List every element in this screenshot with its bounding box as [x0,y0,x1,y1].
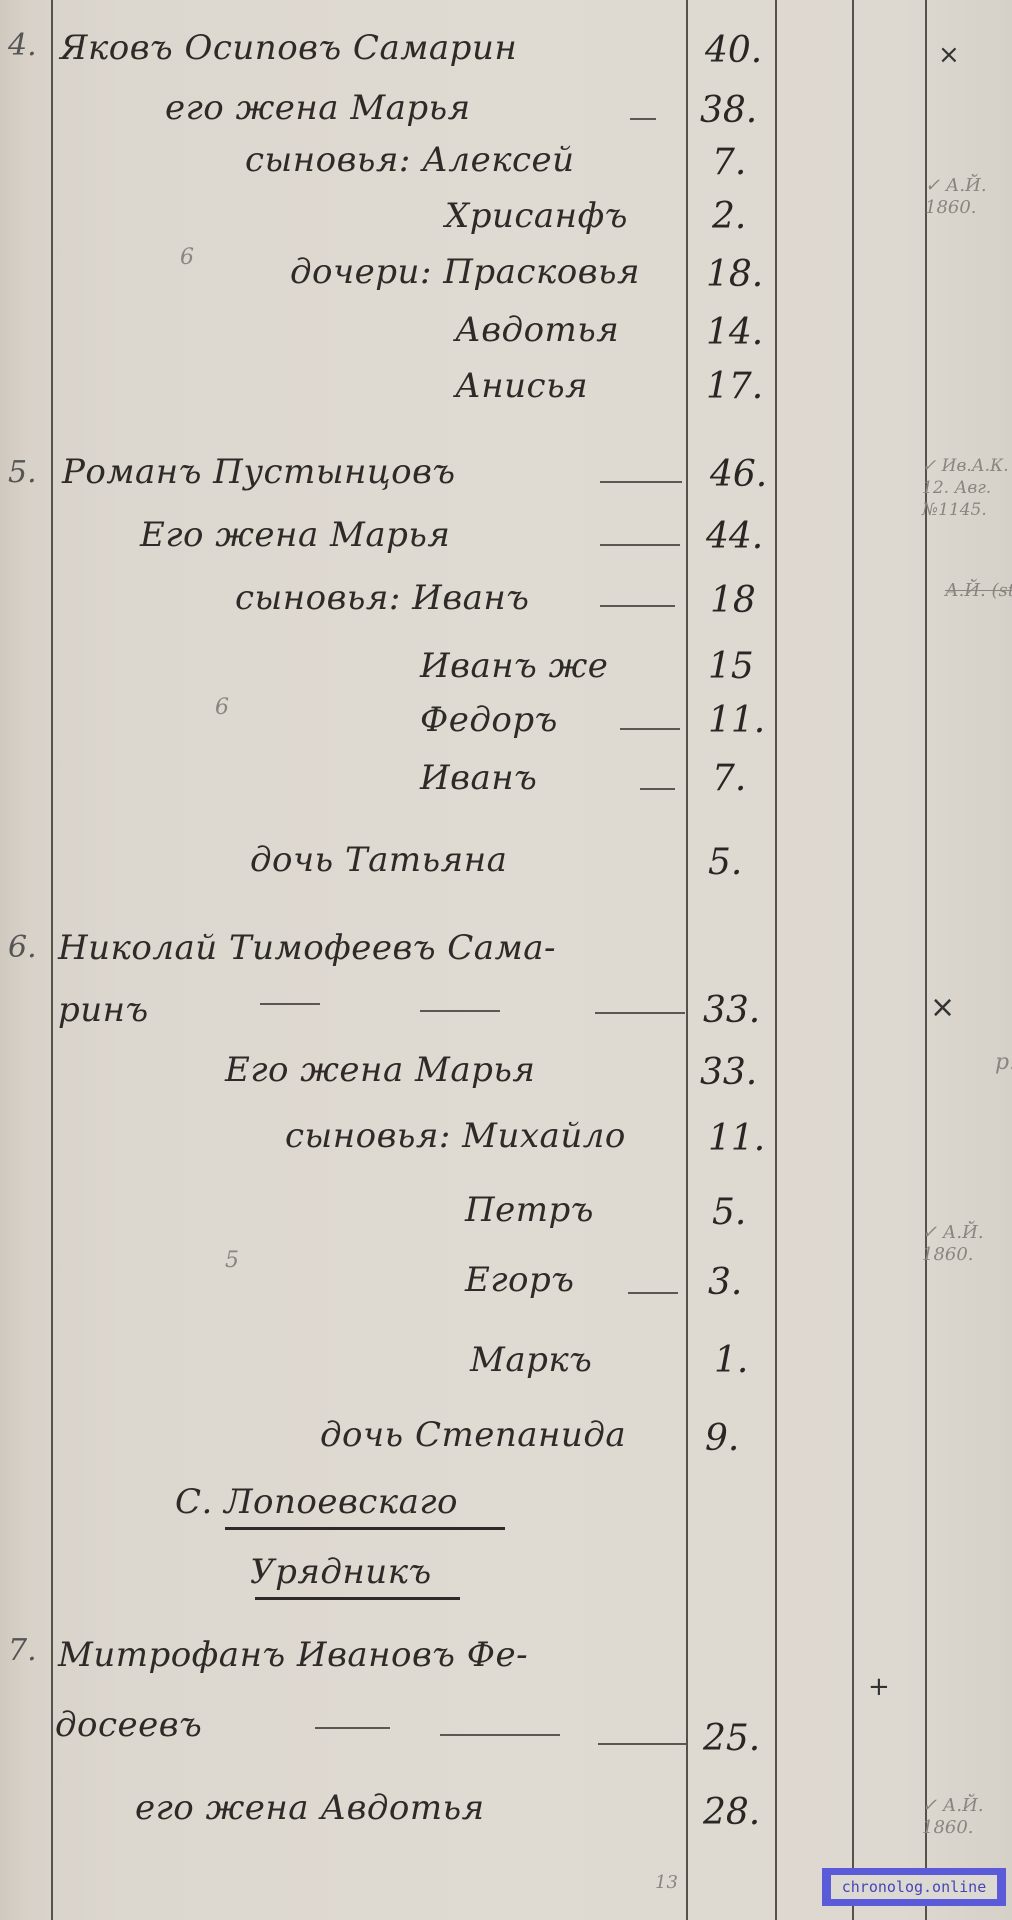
age-value: 1. [714,1340,748,1381]
member-name: Анисья [455,366,588,406]
dash [600,544,680,546]
cross-mark: × [938,40,960,70]
cross-mark: × [930,990,955,1025]
heading-underline [225,1527,505,1530]
age-column-rule [686,0,688,1920]
member-name: дочь Степанида [320,1415,626,1455]
age-value: 7. [712,142,746,183]
document-page: 4. Яковъ Осиповъ Самарин 40. его жена Ма… [0,0,1012,1920]
age-value: 38. [700,90,757,131]
dash [595,1012,685,1014]
member-name: сыновья: Михайло [285,1116,626,1156]
age-value: 28. [703,1792,760,1833]
member-name: дочери: Прасковья [290,252,640,292]
dash [600,605,675,607]
entry-number: 4. [8,28,37,63]
age-value: 2. [712,196,746,237]
watermark-badge: chronolog.online [822,1868,1006,1906]
heading-underline [255,1597,460,1600]
age-value: 5. [708,842,742,883]
notes-column-rule [925,0,927,1920]
dash [600,481,682,483]
watermark-text: chronolog.online [831,1875,997,1899]
member-name: Его жена Марья [225,1050,535,1090]
margin-note: ✓ А.Й. 1860. [922,1795,1012,1839]
entry-number: 5. [8,455,37,490]
age-value: 14. [706,312,763,353]
margin-note: ✓ А.Й. 1860. [922,1222,1012,1266]
age-value: 11. [708,700,765,741]
age-value: 5. [712,1192,746,1233]
age-value: 11. [708,1118,765,1159]
entry-number: 6. [8,930,37,965]
member-name: Федоръ [420,700,558,740]
member-name: Маркъ [470,1340,592,1380]
dash [315,1727,390,1729]
age-value: 7. [712,758,746,799]
member-name: Его жена Марья [140,515,450,555]
dash [630,118,656,120]
household-head-name: Яковъ Осиповъ Самарин [60,28,517,68]
member-name: Петръ [465,1190,594,1230]
margin-note: ✓ Ив.А.К. 12. Авг. №1145. [922,455,1012,521]
household-head-name-line1: Николай Тимофеевъ Сама- [58,928,556,968]
column-rule-2 [775,0,777,1920]
plus-mark: + [868,1672,890,1702]
member-name: Авдотья [455,310,619,350]
member-name: дочь Татьяна [250,840,507,880]
pencil-count: 6 [180,245,194,270]
struck-margin-note: А.Й. (struck) [945,580,1012,601]
age-value: 3. [708,1262,742,1303]
age-value: 40. [705,30,762,71]
member-name: сыновья: Алексей [245,140,575,180]
household-head-name-line2: досеевъ [55,1705,202,1745]
section-heading-line2: Урядникъ [250,1552,432,1592]
member-name: сыновья: Иванъ [235,578,529,618]
member-name: Хрисанфъ [445,196,628,236]
age-value: 33. [700,1052,757,1093]
member-name: Егоръ [465,1260,574,1300]
pencil-count: 6 [215,695,229,720]
left-margin-rule [51,0,53,1920]
household-head-name-line1: Митрофанъ Ивановъ Фе- [58,1635,528,1675]
column-rule-3 [852,0,854,1920]
member-name: его жена Марья [165,88,471,128]
member-name: Иванъ же [420,646,608,686]
age-value: 15 [708,646,754,687]
household-head-name: Романъ Пустынцовъ [62,452,456,492]
pencil-count: 5 [225,1248,239,1273]
dash [420,1010,500,1012]
household-head-name-line2: ринъ [58,990,149,1030]
dash [598,1743,686,1745]
margin-note: ✓ А.Й. 1860. [925,175,1011,219]
member-name: его жена Авдотья [135,1788,485,1828]
dash [620,728,680,730]
margin-note: р... [995,1050,1012,1075]
age-value: 18. [706,254,763,295]
footer-pencil-number: 13 [655,1872,678,1893]
age-value: 18 [710,580,756,621]
entry-number: 7. [8,1633,37,1668]
age-value: 46. [710,454,767,495]
age-value: 44. [706,516,763,557]
age-value: 17. [706,366,763,407]
age-value: 9. [705,1418,739,1459]
age-value: 25. [703,1718,760,1759]
dash [260,1003,320,1005]
age-value: 33. [703,990,760,1031]
section-heading-line1: С. Лопоевскаго [175,1482,458,1522]
dash [440,1734,560,1736]
member-name: Иванъ [420,758,537,798]
dash [628,1292,678,1294]
dash [640,788,675,790]
